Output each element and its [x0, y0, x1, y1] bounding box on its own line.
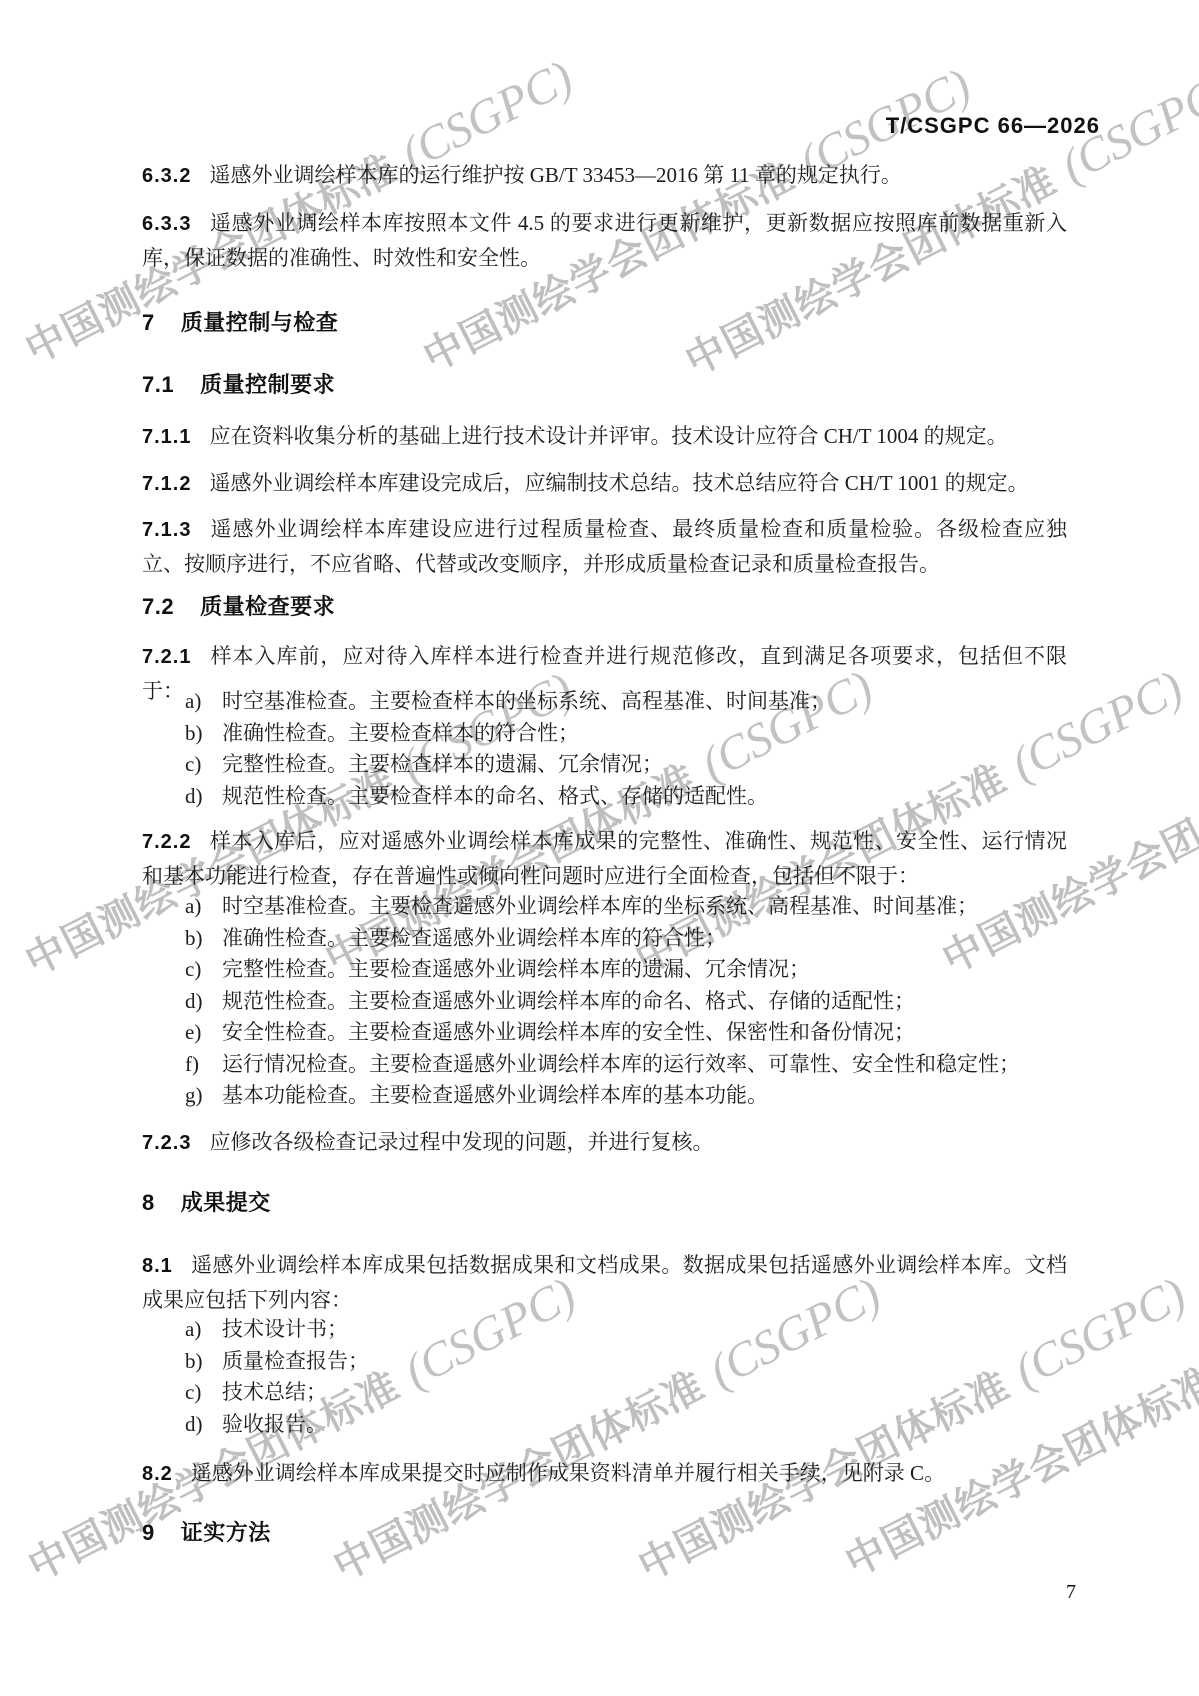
- clause-text: 成果提交: [181, 1190, 271, 1215]
- clause-8.1: 8.1遥感外业调绘样本库成果包括数据成果和文档成果。数据成果包括遥感外业调绘样本…: [142, 1248, 1067, 1317]
- list-item: b)质量检查报告；: [142, 1346, 1067, 1378]
- clause-7.1.2: 7.1.2遥感外业调绘样本库建设完成后，应编制技术总结。技术总结应符合 CH/T…: [142, 466, 1067, 501]
- list-item-text: 基本功能检查。主要检查遥感外业调绘样本库的基本功能。: [222, 1080, 1067, 1112]
- clause-text: 质量控制与检查: [181, 310, 339, 335]
- clause-7.1.3: 7.1.3遥感外业调绘样本库建设应进行过程质量检查、最终质量检查和质量检验。各级…: [142, 512, 1067, 581]
- list-item-marker: c): [185, 749, 222, 781]
- clause-text: 遥感外业调绘样本库建设完成后，应编制技术总结。技术总结应符合 CH/T 1001…: [209, 471, 1028, 495]
- section-heading-7.2: 7.2质量检查要求: [142, 592, 1067, 622]
- clause-text: 证实方法: [181, 1520, 271, 1545]
- list-item-text: 准确性检查。主要检查样本的符合性；: [222, 718, 1067, 750]
- list-item-marker: f): [185, 1049, 222, 1081]
- list-item-text: 技术设计书；: [222, 1314, 1067, 1346]
- clause-6.3.2: 6.3.2遥感外业调绘样本库的运行维护按 GB/T 33453—2016 第 1…: [142, 158, 1067, 193]
- clause-text: 遥感外业调绘样本库成果提交时应制作成果资料清单并履行相关手续，见附录 C。: [191, 1461, 945, 1485]
- clause-text: 质量检查要求: [200, 594, 335, 619]
- list-item-marker: c): [185, 1377, 222, 1409]
- list-item: d)验收报告。: [142, 1409, 1067, 1441]
- list-item-marker: c): [185, 954, 222, 986]
- list-item-marker: a): [185, 1314, 222, 1346]
- list-item: c)完整性检查。主要检查样本的遗漏、冗余情况；: [142, 749, 1067, 781]
- clause-number: 7.2: [142, 594, 174, 619]
- document-page: 中国测绘学会团体标准(CSGPC)中国测绘学会团体标准(CSGPC)中国测绘学会…: [0, 0, 1199, 1696]
- list-item-marker: a): [185, 891, 222, 923]
- list-item: e)安全性检查。主要检查遥感外业调绘样本库的安全性、保密性和备份情况；: [142, 1017, 1067, 1049]
- clause-8.2: 8.2遥感外业调绘样本库成果提交时应制作成果资料清单并履行相关手续，见附录 C。: [142, 1456, 1067, 1491]
- list-item-marker: e): [185, 1017, 222, 1049]
- clause-number: 6.3.2: [142, 165, 191, 187]
- clause-text: 遥感外业调绘样本库按照本文件 4.5 的要求进行更新维护，更新数据应按照库前数据…: [142, 211, 1067, 270]
- list-item: g)基本功能检查。主要检查遥感外业调绘样本库的基本功能。: [142, 1080, 1067, 1112]
- list: a)时空基准检查。主要检查样本的坐标系统、高程基准、时间基准；b)准确性检查。主…: [142, 686, 1067, 812]
- list-item: c)完整性检查。主要检查遥感外业调绘样本库的遗漏、冗余情况；: [142, 954, 1067, 986]
- clause-text: 质量控制要求: [200, 372, 335, 397]
- list-item-marker: a): [185, 686, 222, 718]
- list-item-text: 运行情况检查。主要检查遥感外业调绘样本库的运行效率、可靠性、安全性和稳定性；: [222, 1049, 1067, 1081]
- section-heading-7.1: 7.1质量控制要求: [142, 370, 1067, 400]
- section-heading-7: 7质量控制与检查: [142, 308, 1067, 338]
- section-heading-9: 9证实方法: [142, 1518, 1067, 1548]
- list-item-marker: b): [185, 923, 222, 955]
- clause-number: 7.2.2: [142, 831, 191, 853]
- page-number: 7: [1066, 1581, 1076, 1604]
- clause-text: 遥感外业调绘样本库的运行维护按 GB/T 33453—2016 第 11 章的规…: [209, 163, 901, 187]
- clause-number: 7.1.3: [142, 519, 191, 541]
- list-item-marker: d): [185, 1409, 222, 1441]
- list-item-marker: d): [185, 781, 222, 813]
- list-item-text: 技术总结；: [222, 1377, 1067, 1409]
- list-item-text: 验收报告。: [222, 1409, 1067, 1441]
- list-item-text: 安全性检查。主要检查遥感外业调绘样本库的安全性、保密性和备份情况；: [222, 1017, 1067, 1049]
- list-item: b)准确性检查。主要检查遥感外业调绘样本库的符合性；: [142, 923, 1067, 955]
- clause-7.2.2: 7.2.2样本入库后，应对遥感外业调绘样本库成果的完整性、准确性、规范性、安全性…: [142, 824, 1067, 893]
- standard-code-header: T/CSGPC 66—2026: [886, 113, 1100, 139]
- clause-number: 7.2.1: [142, 646, 191, 668]
- list-item: f)运行情况检查。主要检查遥感外业调绘样本库的运行效率、可靠性、安全性和稳定性；: [142, 1049, 1067, 1081]
- clause-text: 应修改各级检查记录过程中发现的问题，并进行复核。: [209, 1130, 713, 1154]
- clause-text: 遥感外业调绘样本库成果包括数据成果和文档成果。数据成果包括遥感外业调绘样本库。文…: [142, 1253, 1067, 1312]
- list-item: c)技术总结；: [142, 1377, 1067, 1409]
- clause-text: 样本入库后，应对遥感外业调绘样本库成果的完整性、准确性、规范性、安全性、运行情况…: [142, 829, 1067, 888]
- list-item-text: 完整性检查。主要检查样本的遗漏、冗余情况；: [222, 749, 1067, 781]
- clause-number: 6.3.3: [142, 213, 191, 235]
- clause-number: 8: [142, 1190, 155, 1215]
- list-item-marker: b): [185, 718, 222, 750]
- list-item-marker: d): [185, 986, 222, 1018]
- list-item: a)时空基准检查。主要检查样本的坐标系统、高程基准、时间基准；: [142, 686, 1067, 718]
- clause-number: 9: [142, 1520, 155, 1545]
- list-item-text: 完整性检查。主要检查遥感外业调绘样本库的遗漏、冗余情况；: [222, 954, 1067, 986]
- list-item: a)技术设计书；: [142, 1314, 1067, 1346]
- list-item-text: 质量检查报告；: [222, 1346, 1067, 1378]
- clause-number: 8.1: [142, 1255, 173, 1277]
- list-item: b)准确性检查。主要检查样本的符合性；: [142, 718, 1067, 750]
- clause-number: 7.2.3: [142, 1132, 191, 1154]
- clause-number: 7: [142, 310, 155, 335]
- clause-number: 7.1: [142, 372, 174, 397]
- list-item: a)时空基准检查。主要检查遥感外业调绘样本库的坐标系统、高程基准、时间基准；: [142, 891, 1067, 923]
- clause-text: 遥感外业调绘样本库建设应进行过程质量检查、最终质量检查和质量检验。各级检查应独立…: [142, 517, 1067, 576]
- list-item-text: 时空基准检查。主要检查遥感外业调绘样本库的坐标系统、高程基准、时间基准；: [222, 891, 1067, 923]
- section-heading-8: 8成果提交: [142, 1188, 1067, 1218]
- clause-6.3.3: 6.3.3遥感外业调绘样本库按照本文件 4.5 的要求进行更新维护，更新数据应按…: [142, 206, 1067, 275]
- list-item-text: 规范性检查。主要检查样本的命名、格式、存储的适配性。: [222, 781, 1067, 813]
- list: a)时空基准检查。主要检查遥感外业调绘样本库的坐标系统、高程基准、时间基准；b)…: [142, 891, 1067, 1112]
- list-item-text: 规范性检查。主要检查遥感外业调绘样本库的命名、格式、存储的适配性；: [222, 986, 1067, 1018]
- clause-number: 7.1.2: [142, 473, 191, 495]
- list-item-text: 准确性检查。主要检查遥感外业调绘样本库的符合性；: [222, 923, 1067, 955]
- clause-number: 8.2: [142, 1463, 173, 1485]
- clause-7.1.1: 7.1.1应在资料收集分析的基础上进行技术设计并评审。技术设计应符合 CH/T …: [142, 419, 1067, 454]
- clause-7.2.3: 7.2.3应修改各级检查记录过程中发现的问题，并进行复核。: [142, 1125, 1067, 1160]
- list-item-text: 时空基准检查。主要检查样本的坐标系统、高程基准、时间基准；: [222, 686, 1067, 718]
- list: a)技术设计书；b)质量检查报告；c)技术总结；d)验收报告。: [142, 1314, 1067, 1440]
- list-item: d)规范性检查。主要检查遥感外业调绘样本库的命名、格式、存储的适配性；: [142, 986, 1067, 1018]
- clause-number: 7.1.1: [142, 426, 191, 448]
- clause-text: 应在资料收集分析的基础上进行技术设计并评审。技术设计应符合 CH/T 1004 …: [209, 424, 1007, 448]
- list-item: d)规范性检查。主要检查样本的命名、格式、存储的适配性。: [142, 781, 1067, 813]
- list-item-marker: b): [185, 1346, 222, 1378]
- list-item-marker: g): [185, 1080, 222, 1112]
